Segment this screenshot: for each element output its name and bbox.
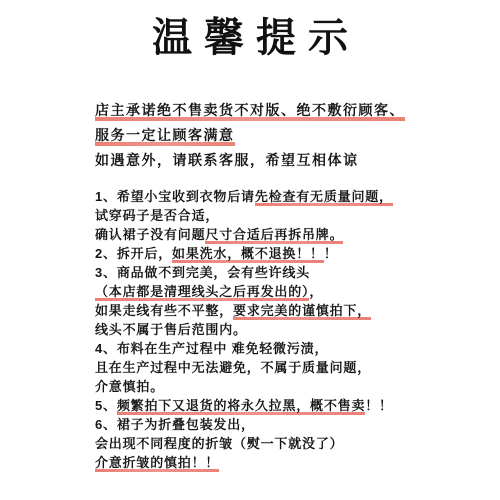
notice-line: 介意慎拍。 — [95, 377, 490, 396]
text-segment: ！ — [324, 246, 338, 261]
text-segment: ！！ — [365, 398, 393, 413]
text-segment: 1、希望小宝收到衣物后请 — [95, 189, 255, 204]
notice-line: 试穿码子是否合适， — [95, 206, 490, 225]
notice-line: 2、拆开后，如果洗水，概不退换！！！ — [95, 244, 490, 263]
notice-line: 6、裙子为折叠包装发出， — [95, 415, 490, 434]
underlined-text: 服务一定让顾客满意 — [95, 127, 235, 146]
notice-line: 3、商品做不到完美，会有些许线头 — [95, 263, 490, 282]
notice-line: 会出现不同程度的折皱（熨一下就没了） — [95, 434, 490, 453]
notice-content: 店主承诺绝不售卖货不对版、绝不敷衍顾客、服务一定让顾客满意如遇意外，请联系客服，… — [0, 98, 500, 472]
text-segment: 会出现不同程度的折皱（熨一下就没了） — [95, 436, 343, 451]
notice-line: 4、布料在生产过程中 难免轻微污渍， — [95, 339, 490, 358]
notice-line: （本店都是清理线头之后再发出的）， — [95, 282, 490, 301]
text-segment: 6、裙子为折叠包装发出， — [95, 417, 255, 432]
text-segment: 线头不属于售后范围内。 — [95, 322, 247, 337]
underlined-text: （本店都是清理线头之后再发出的） — [95, 284, 309, 301]
notice-line: 服务一定让顾客满意 — [95, 123, 490, 148]
text-segment: 且在生产过程中无法避免，不属于质量问题， — [95, 360, 371, 375]
notice-line: 如果走线有些不平整，要求完美的谨慎拍下， — [95, 301, 490, 320]
notice-line: 5、频繁拍下又退货的将永久拉黑，概不售卖！！ — [95, 396, 490, 415]
notes-section: 1、希望小宝收到衣物后请先检查有无质量问题，试穿码子是否合适，确认裙子没有问题尺… — [95, 187, 490, 472]
page-title: 温馨提示 — [0, 0, 500, 62]
text-segment: 确认裙子没有问题 — [95, 227, 205, 242]
notice-line: 且在生产过程中无法避免，不属于质量问题， — [95, 358, 490, 377]
text-segment: 3、商品做不到完美，会有些许线头 — [95, 265, 310, 280]
underlined-text: 尺寸合适后再拆吊牌。 — [205, 227, 343, 244]
underlined-text: 店主承诺绝不售卖货不对版、绝不敷衍顾客、 — [95, 102, 405, 121]
underlined-text: 要求完美的谨慎拍下， — [233, 303, 371, 320]
notice-line: 1、希望小宝收到衣物后请先检查有无质量问题， — [95, 187, 490, 206]
notice-line: 确认裙子没有问题尺寸合适后再拆吊牌。 — [95, 225, 490, 244]
text-segment: 2、拆开后， — [95, 246, 172, 261]
notice-line: 如遇意外，请联系客服，希望互相体谅 — [95, 148, 490, 173]
text-segment: 试穿码子是否合适， — [95, 208, 219, 223]
text-segment: 如果走线有些不平整， — [95, 303, 233, 318]
notice-line: 介意折皱的慎拍！！ — [95, 453, 490, 472]
text-segment: 4、布料在生产过程中 难免轻微污渍， — [95, 341, 328, 356]
notice-line: 店主承诺绝不售卖货不对版、绝不敷衍顾客、 — [95, 98, 490, 123]
text-segment: 5、 — [95, 398, 117, 413]
notice-page: 温馨提示 店主承诺绝不售卖货不对版、绝不敷衍顾客、服务一定让顾客满意如遇意外，请… — [0, 0, 500, 500]
text-segment: 如遇意外，请联系客服，希望互相体谅 — [95, 152, 359, 168]
underlined-text: 频繁拍下又退货的将永久拉黑，概不售卖 — [117, 398, 365, 415]
underlined-text: 如果洗水，概不退换！！ — [172, 246, 324, 263]
intro-section: 店主承诺绝不售卖货不对版、绝不敷衍顾客、服务一定让顾客满意如遇意外，请联系客服，… — [95, 98, 490, 173]
text-segment: 介意慎拍。 — [95, 379, 164, 394]
underlined-text: 介意折皱的慎拍！！ — [95, 455, 219, 472]
notice-line: 线头不属于售后范围内。 — [95, 320, 490, 339]
text-segment: ， — [309, 284, 323, 299]
underlined-text: 先检查有无质量问题， — [255, 189, 393, 206]
